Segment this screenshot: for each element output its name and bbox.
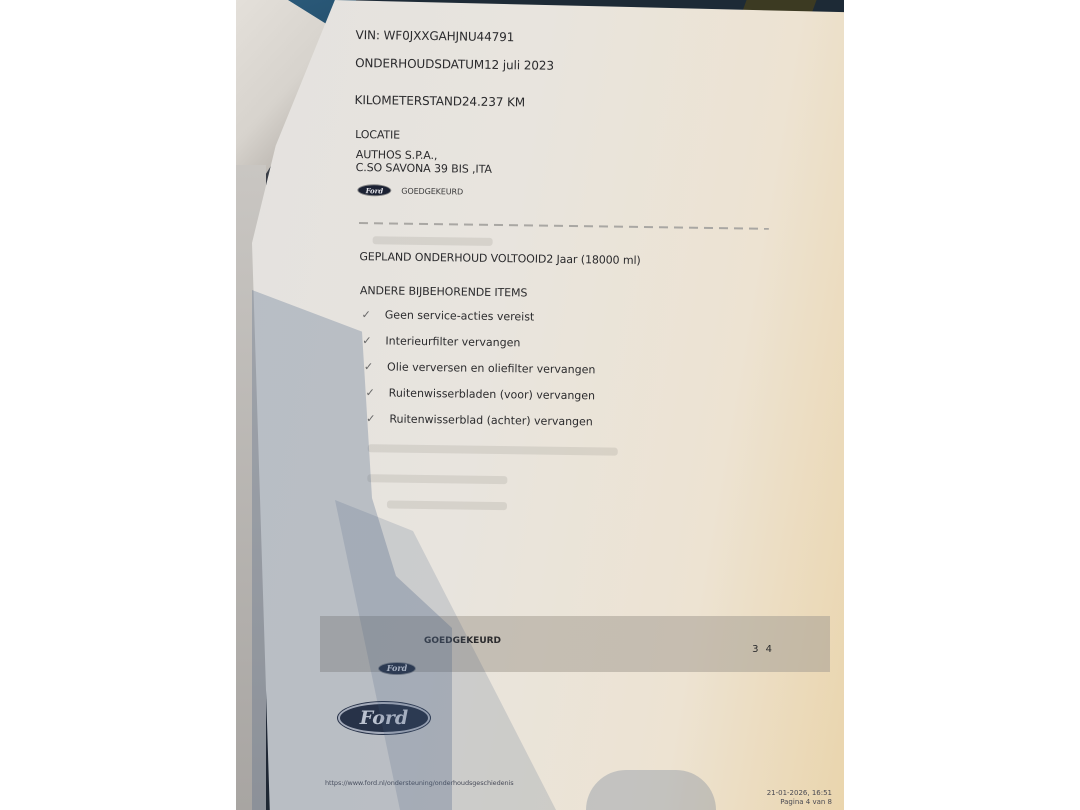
item-label: Olie verversen en oliefilter vervangen <box>387 360 595 376</box>
list-item: ✓ Interieurfilter vervangen <box>362 334 520 349</box>
bleed-through-text <box>367 474 507 484</box>
check-icon: ✓ <box>364 360 373 373</box>
bleed-through-text <box>373 236 493 246</box>
band-logo: Ford <box>378 656 416 675</box>
maintenance-date: ONDERHOUDSDATUM12 juli 2023 <box>355 56 554 73</box>
list-item: ✓ Geen service-acties vereist <box>362 308 535 323</box>
page-number: Pagina 4 van 8 <box>767 798 832 807</box>
approved-footer-band: GOEDGEKEURD Ford 3 4 <box>320 616 830 672</box>
planned-service: GEPLAND ONDERHOUD VOLTOOID2 Jaar (18000 … <box>359 250 640 267</box>
item-label: Ruitenwisserblad (achter) vervangen <box>389 413 593 429</box>
ford-logo-icon: Ford <box>338 702 430 734</box>
ford-logo-icon: Ford <box>378 662 416 675</box>
item-label: Geen service-acties vereist <box>385 308 535 323</box>
footer-url: https://www.ford.nl/ondersteuning/onderh… <box>325 779 514 787</box>
list-item: ✓ Ruitenwisserbladen (voor) vervangen <box>365 386 595 402</box>
document-photo: VIN: WF0JXXGAHJNU44791 ONDERHOUDSDATUM12… <box>236 0 844 810</box>
bleed-through-text <box>368 444 618 455</box>
ford-logo-icon: Ford <box>357 184 391 196</box>
print-timestamp: 21-01-2026, 16:51 <box>767 789 832 798</box>
odometer-reading: KILOMETERSTAND24.237 KM <box>355 93 526 109</box>
band-approved-label: GOEDGEKEURD <box>424 636 501 646</box>
dashed-divider <box>359 222 769 230</box>
check-icon: ✓ <box>366 412 375 425</box>
list-item: ✓ Ruitenwisserblad (achter) vervangen <box>366 412 593 428</box>
location-address: AUTHOS S.P.A., C.SO SAVONA 39 BIS ,ITA <box>356 148 493 176</box>
band-number: 3 4 <box>752 644 774 655</box>
item-label: Ruitenwisserbladen (voor) vervangen <box>389 386 596 402</box>
other-items-heading: ANDERE BIJBEHORENDE ITEMS <box>360 284 528 299</box>
approved-label: GOEDGEKEURD <box>401 186 463 196</box>
check-icon: ✓ <box>362 308 371 321</box>
list-item: ✓ Olie verversen en oliefilter vervangen <box>364 360 596 376</box>
check-icon: ✓ <box>362 334 371 347</box>
ford-brand-logo: Ford <box>338 702 430 734</box>
item-label: Interieurfilter vervangen <box>385 334 520 349</box>
print-stamp: 21-01-2026, 16:51 Pagina 4 van 8 <box>767 789 832 807</box>
bleed-through-text <box>387 500 507 510</box>
service-record: VIN: WF0JXXGAHJNU44791 ONDERHOUDSDATUM12… <box>236 0 844 810</box>
location-label: LOCATIE <box>355 128 400 142</box>
vin-number: VIN: WF0JXXGAHJNU44791 <box>355 28 514 44</box>
approved-badge: Ford GOEDGEKEURD <box>357 184 463 197</box>
check-icon: ✓ <box>365 386 374 399</box>
